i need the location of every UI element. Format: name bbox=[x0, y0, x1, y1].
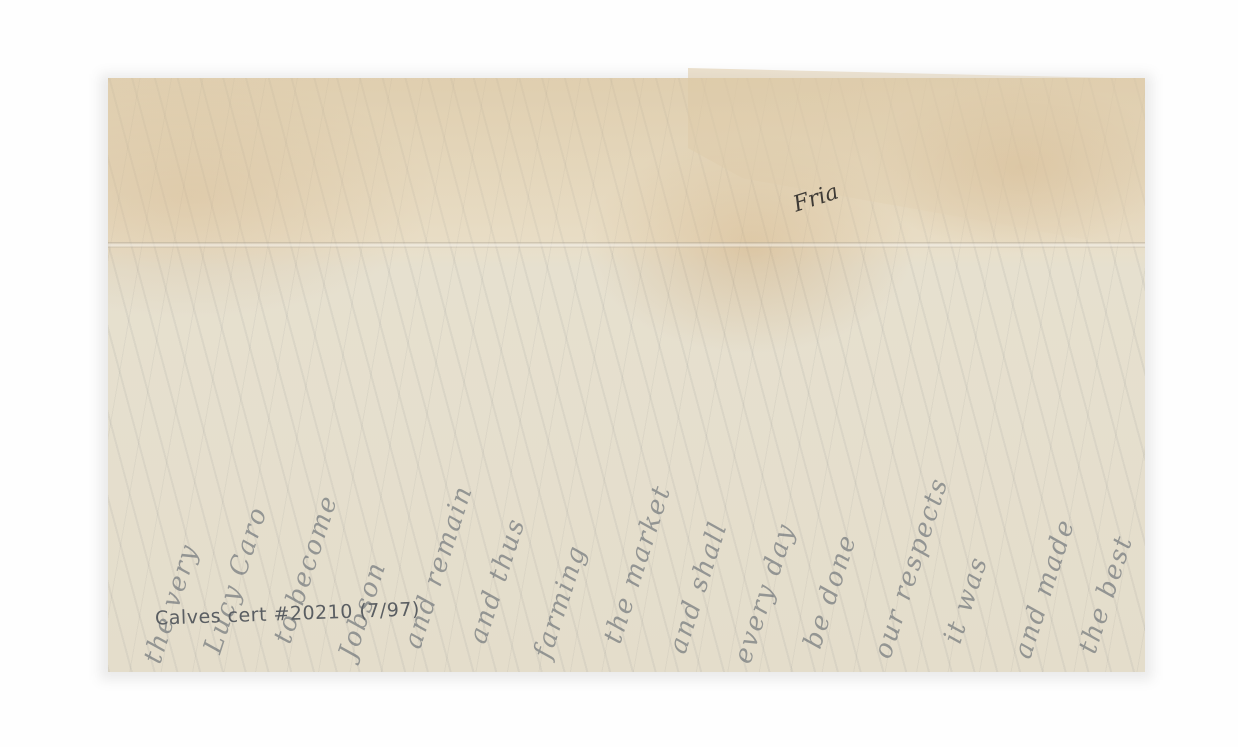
letter-paper: the very Lucy Caro to become Jobson and … bbox=[108, 78, 1145, 672]
handwriting-line: and shall bbox=[663, 517, 734, 657]
handwriting-line: and thus bbox=[463, 514, 532, 647]
handwriting-line: every day bbox=[728, 519, 802, 667]
fold-line bbox=[108, 242, 1145, 248]
handwriting-line: be done bbox=[798, 530, 863, 652]
handwriting-line: the market bbox=[598, 481, 678, 647]
handwriting-line: Lucy Caro bbox=[198, 502, 274, 657]
handwriting-line: the best bbox=[1073, 531, 1139, 657]
handwriting-line: and made bbox=[1008, 515, 1081, 663]
handwriting-line: farming bbox=[528, 541, 593, 662]
handwriting-line: it was bbox=[938, 552, 994, 647]
handwriting-line: the very bbox=[138, 540, 205, 667]
